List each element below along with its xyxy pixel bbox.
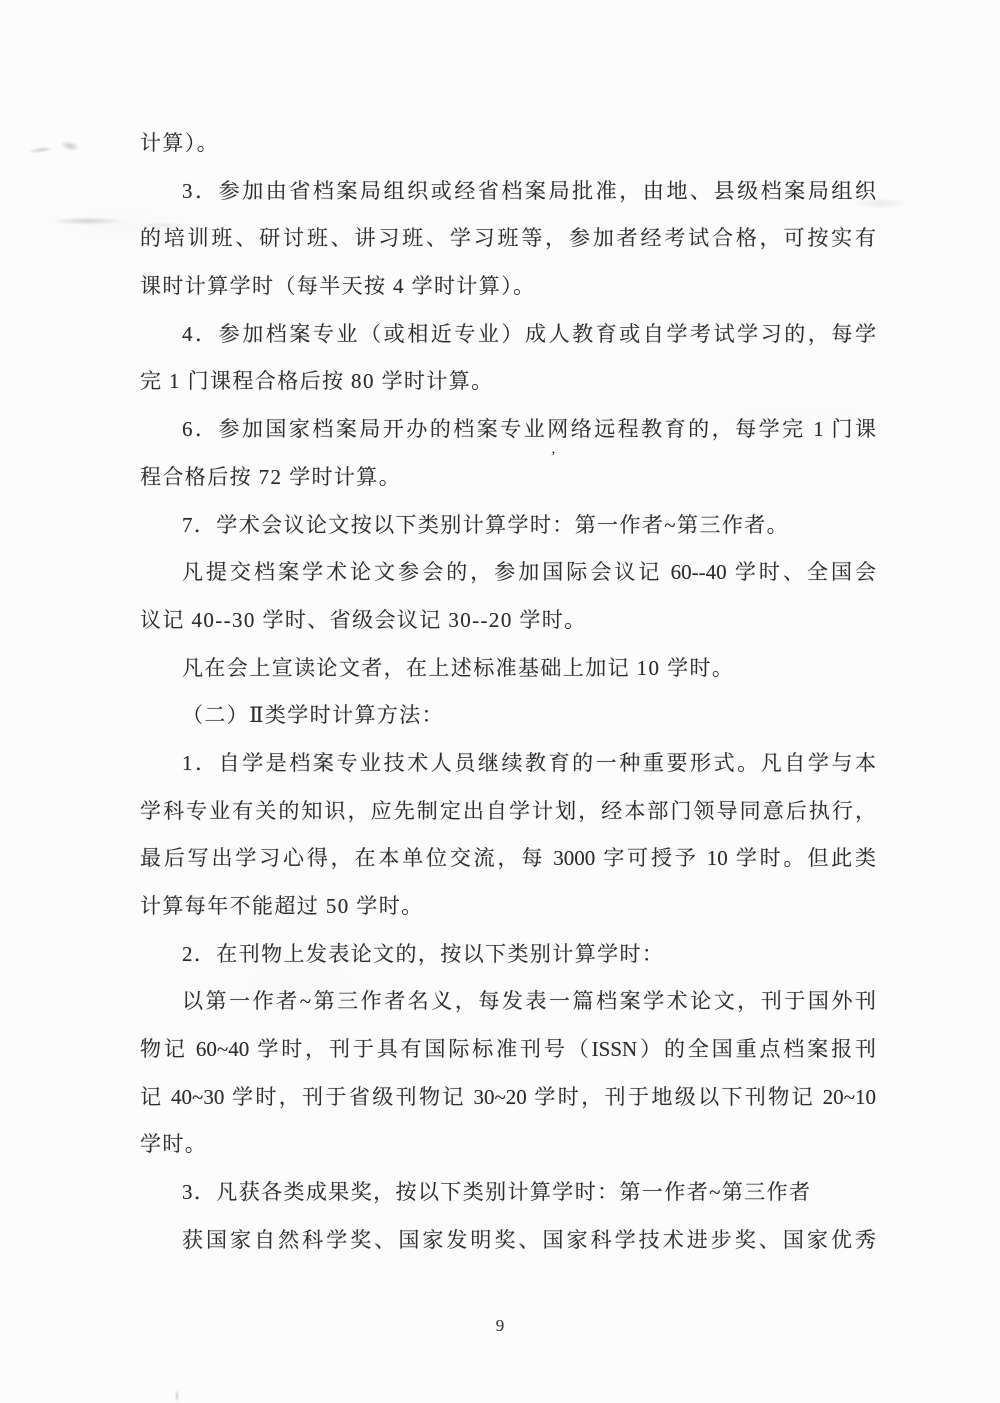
scan-smudge — [59, 139, 81, 154]
text-line: 7．学术会议论文按以下类别计算学时：第一作者~第三作者。 — [140, 502, 876, 550]
text-line: 1．自学是档案专业技术人员继续教育的一种重要形式。凡自学与本 — [140, 740, 876, 788]
document-page: 计算）。 3．参加由省档案局组织或经省档案局批准，由地、县级档案局组织 的培训班… — [0, 0, 1000, 1403]
text-line: 课时计算学时（每半天按 4 学时计算）。 — [140, 263, 876, 311]
text-line: 凡在会上宣读论文者，在上述标准基础上加记 10 学时。 — [140, 645, 876, 693]
text-line: 程合格后按 72 学时计算。 — [140, 454, 876, 502]
text-line: 学科专业有关的知识，应先制定出自学计划，经本部门领导同意后执行， — [140, 788, 876, 836]
text-line: 以第一作者~第三作者名义，每发表一篇档案学术论文，刊于国外刊 — [140, 978, 876, 1026]
text-line: 计算）。 — [140, 120, 876, 168]
text-line: （二）Ⅱ类学时计算方法： — [140, 692, 876, 740]
text-line: 议记 40--30 学时、省级会议记 30--20 学时。 — [140, 597, 876, 645]
text-line: 学时。 — [140, 1121, 876, 1169]
text-line: 记 40~30 学时，刊于省级刊物记 30~20 学时，刊于地级以下刊物记 20… — [140, 1074, 876, 1122]
scan-smudge — [175, 1390, 179, 1402]
text-line: 3．凡获各类成果奖，按以下类别计算学时：第一作者~第三作者 — [140, 1169, 876, 1217]
text-line: 物记 60~40 学时，刊于具有国际标准刊号（ISSN）的全国重点档案报刊 — [140, 1026, 876, 1074]
text-line: 3．参加由省档案局组织或经省档案局批准，由地、县级档案局组织 — [140, 168, 876, 216]
text-line: 2．在刊物上发表论文的，按以下类别计算学时： — [140, 931, 876, 979]
text-line: 获国家自然科学奖、国家发明奖、国家科学技术进步奖、国家优秀 — [140, 1217, 876, 1265]
page-number: 9 — [0, 1316, 1000, 1336]
body-text: 计算）。 3．参加由省档案局组织或经省档案局批准，由地、县级档案局组织 的培训班… — [140, 120, 876, 1265]
scan-smudge — [28, 145, 55, 155]
text-line: 的培训班、研讨班、讲习班、学习班等，参加者经考试合格，可按实有 — [140, 215, 876, 263]
text-line: 计算每年不能超过 50 学时。 — [140, 883, 876, 931]
text-line: 完 1 门课程合格后按 80 学时计算。 — [140, 358, 876, 406]
text-line: 最后写出学习心得，在本单位交流，每 3000 字可授予 10 学时。但此类 — [140, 835, 876, 883]
scan-smudge — [52, 217, 124, 225]
text-line: 6．参加国家档案局开办的档案专业网络远程教育的，每学完 1 门课 — [140, 406, 876, 454]
text-line: 4．参加档案专业（或相近专业）成人教育或自学考试学习的，每学 — [140, 311, 876, 359]
text-line: 凡提交档案学术论文参会的，参加国际会议记 60--40 学时、全国会 — [140, 549, 876, 597]
